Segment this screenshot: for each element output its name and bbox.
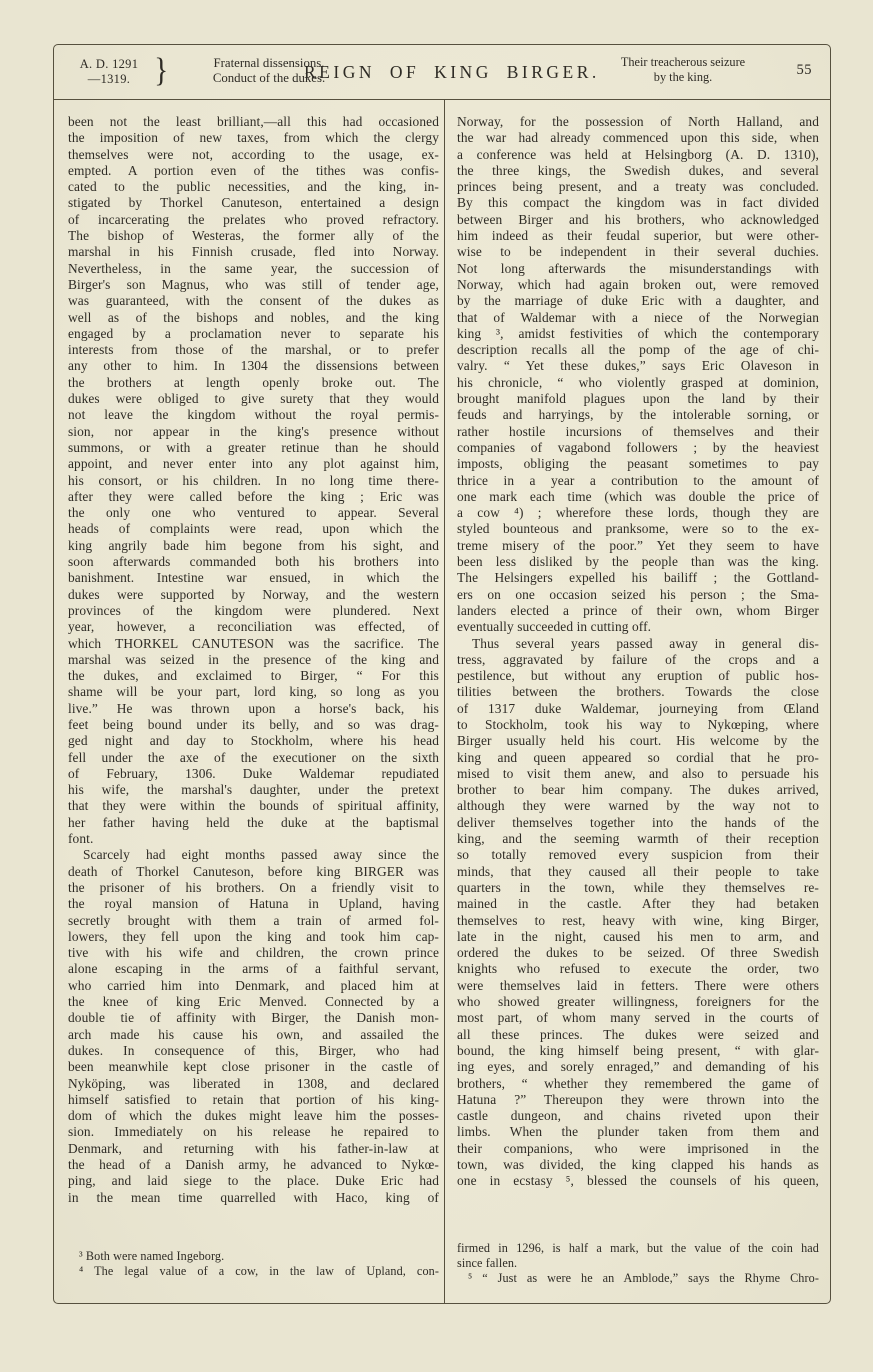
text-line: been less disliked by the people than wa… — [457, 554, 819, 570]
text-line: font. — [68, 831, 439, 847]
text-line: thrice in a year a contribution to the a… — [457, 473, 819, 489]
text-line: so totally removed every suspicion from … — [457, 847, 819, 863]
text-line: his chronicle, “ who violently grasped a… — [457, 375, 819, 391]
column-right-footnotes: firmed in 1296, is half a mark, but the … — [457, 1241, 819, 1286]
text-line: king and queen appeared so cordial that … — [457, 750, 819, 766]
text-line: of February, 1306. Duke Waldemar repudia… — [68, 766, 439, 782]
text-line: dukes. In consequence of this, Birger, w… — [68, 1043, 439, 1059]
text-line: tress, aggravated by failure of the crop… — [457, 652, 819, 668]
text-line: marshal was seized in the presence of th… — [68, 652, 439, 668]
page-body: been not the least brilliant,—all this h… — [54, 99, 830, 1303]
text-line: Nevertheless, in the same year, the succ… — [68, 261, 439, 277]
text-line: of 1317 duke Waldemar, journeying from Œ… — [457, 701, 819, 717]
text-line: The bishop of Westeras, the former ally … — [68, 228, 439, 244]
text-line: year, however, a reconciliation was effe… — [68, 619, 439, 635]
text-line: been meanwhile kept close prisoner in th… — [68, 1059, 439, 1075]
page-title: REIGN OF KING BIRGER. — [304, 62, 580, 83]
text-line: pestilence, but without any eruption of … — [457, 668, 819, 684]
text-line: the head of a Danish army, he advanced t… — [68, 1157, 439, 1173]
text-line: dom of which the dukes might leave him t… — [68, 1108, 439, 1124]
text-line: the brothers at length openly broke out.… — [68, 375, 439, 391]
text-line: of incarcerating the prelates who proved… — [68, 212, 439, 228]
text-line: ers on one occasion seized his person ; … — [457, 587, 819, 603]
text-line: the only one who ventured to appear. Sev… — [68, 505, 439, 521]
text-line: themselves to rest, heavy with wine, kin… — [457, 913, 819, 929]
text-line: brothers, “ whether they remembered the … — [457, 1076, 819, 1092]
text-line: Thus several years passed away in genera… — [457, 636, 819, 652]
text-line: who showed greater willingness, foreigne… — [457, 994, 819, 1010]
text-line: heads of complaints were read, upon whic… — [68, 521, 439, 537]
text-line: firmed in 1296, is half a mark, but the … — [457, 1241, 819, 1256]
text-column-right: Norway, for the possession of North Hall… — [457, 114, 819, 1286]
text-line: his consort, or his children. In no long… — [68, 473, 439, 489]
text-line: ping, and laid siege to the place. Duke … — [68, 1173, 439, 1189]
running-title-right-line2: by the king. — [598, 70, 768, 85]
text-line: Not long afterwards the misunderstanding… — [457, 261, 819, 277]
text-line: king ³, amidst festivities of which the … — [457, 326, 819, 342]
text-line: sion. Immediately on his release he repa… — [68, 1124, 439, 1140]
date-brace-glyph: } — [154, 52, 168, 90]
marginal-date-line1: A. D. 1291 — [66, 57, 152, 72]
text-line: most part, of whom many served in the co… — [457, 1010, 819, 1026]
text-line: double tie of affinity with Birger, the … — [68, 1010, 439, 1026]
text-line: imposts, obliging the peasant sometimes … — [457, 456, 819, 472]
text-line: Nyköping, was liberated in 1308, and dec… — [68, 1076, 439, 1092]
text-line: styled bounteous and pranksome, were so … — [457, 521, 819, 537]
text-line: the knee of king Eric Menved. Connected … — [68, 994, 439, 1010]
text-line: shame will be your part, lord king, so l… — [68, 684, 439, 700]
text-line: By this compact the kingdom was in fact … — [457, 195, 819, 211]
text-line: since fallen. — [457, 1256, 819, 1271]
text-line: one in ecstasy ⁵, blessed the counsels o… — [457, 1173, 819, 1189]
text-line: mained in the castle. After they had bet… — [457, 896, 819, 912]
text-line: was guaranteed, with the consent of the … — [68, 293, 439, 309]
text-line: feet being bound under its belly, and so… — [68, 717, 439, 733]
text-line: a conference was held at Helsingborg (A.… — [457, 147, 819, 163]
printed-page-frame: A. D. 1291 —1319. } Fraternal dissension… — [53, 44, 831, 1304]
text-line: not leave the kingdom without the royal … — [68, 407, 439, 423]
text-line: castle dungeon, and chains riveted upon … — [457, 1108, 819, 1124]
page-number: 55 — [797, 62, 813, 79]
text-line: engaged by a proclamation never to separ… — [68, 326, 439, 342]
text-line: wise to be independent in their several … — [457, 244, 819, 260]
text-line: ⁵ “ Just as were he an Amblode,” says th… — [457, 1271, 819, 1286]
text-line: all these princes. The dukes were seized… — [457, 1027, 819, 1043]
text-line: alone escaping in the arms of a faithful… — [68, 961, 439, 977]
text-line: Denmark, and returning with his father-i… — [68, 1141, 439, 1157]
text-line: the prisoner of his brothers. On a frien… — [68, 880, 439, 896]
text-line: who carried him into Denmark, and placed… — [68, 978, 439, 994]
text-line: dukes were supported by Norway, and the … — [68, 587, 439, 603]
text-line: ing eyes, and sorely enraged,” and deman… — [457, 1059, 819, 1075]
text-line: the war had already commenced upon this … — [457, 130, 819, 146]
text-line: any other to him. In 1304 the dissension… — [68, 358, 439, 374]
column-left-footnotes: ³ Both were named Ingeborg.⁴ The legal v… — [68, 1249, 439, 1279]
text-line: quarters in the town, while they themsel… — [457, 880, 819, 896]
text-line: limbs. When the plunder taken from them … — [457, 1124, 819, 1140]
text-line: death of Thorkel Canuteson, before king … — [68, 864, 439, 880]
text-line: to Stockholm, took his way to Nykœping, … — [457, 717, 819, 733]
text-line: that of Waldemar with a niece of the Nor… — [457, 310, 819, 326]
text-line: a cow ⁴) ; wherefore these lords, though… — [457, 505, 819, 521]
text-line: soon afterwards commanded both his broth… — [68, 554, 439, 570]
text-line: The Helsingers expelled his bailiff ; th… — [457, 570, 819, 586]
text-line: Norway, which had again broken out, were… — [457, 277, 819, 293]
text-line: Hatuna ?” Thereupon they were thrown int… — [457, 1092, 819, 1108]
text-line: stigated by Thorkel Canuteson, entertain… — [68, 195, 439, 211]
text-line: rather hostile incursions of themselves … — [457, 424, 819, 440]
text-line: king angrily bade him begone from his si… — [68, 538, 439, 554]
text-line: knights who refused to execute the order… — [457, 961, 819, 977]
text-line: description recalls all the pomp of the … — [457, 342, 819, 358]
running-title-right: Their treacherous seizure by the king. — [598, 55, 768, 84]
text-line: cated to the public necessities, and the… — [68, 179, 439, 195]
text-line: brother to bear him company. The dukes a… — [457, 782, 819, 798]
text-line: which THORKEL CANUTESON was the sacrific… — [68, 636, 439, 652]
text-line: interests from those of the marshal, or … — [68, 342, 439, 358]
text-line: been not the least brilliant,—all this h… — [68, 114, 439, 130]
text-line: their companions, who were imprisoned in… — [457, 1141, 819, 1157]
text-line: her father having held the duke at the b… — [68, 815, 439, 831]
text-line: minds, that they caused all their people… — [457, 864, 819, 880]
column-right-body-text: Norway, for the possession of North Hall… — [457, 114, 819, 1190]
text-line: the three kings, the Swedish dukes, and … — [457, 163, 819, 179]
text-line: lowers, they fell upon the king and took… — [68, 929, 439, 945]
text-line: valry. “ Yet these dukes,” says Eric Ola… — [457, 358, 819, 374]
text-line: well as of the bishops and nobles, and t… — [68, 310, 439, 326]
text-line: Scarcely had eight months passed away si… — [68, 847, 439, 863]
marginal-date: A. D. 1291 —1319. — [66, 57, 152, 86]
column-left-body-text: been not the least brilliant,—all this h… — [68, 114, 439, 1206]
text-line: him indeed as their feudal superior, but… — [457, 228, 819, 244]
text-line: marshal in his Finnish crusade, fled int… — [68, 244, 439, 260]
text-line: between Birger and his brothers, who ack… — [457, 212, 819, 228]
running-title-right-line1: Their treacherous seizure — [598, 55, 768, 70]
text-line: treme misery of the poor.” Yet they seem… — [457, 538, 819, 554]
text-line: banishment. Intestine war ensued, in whi… — [68, 570, 439, 586]
text-line: tilities between the brothers. Towards t… — [457, 684, 819, 700]
text-line: the dukes, and exclaimed to Birger, “ Fo… — [68, 668, 439, 684]
text-line: deliver themselves together into the han… — [457, 815, 819, 831]
text-line: appoint, and never enter into any plot a… — [68, 456, 439, 472]
text-line: although they were warned by the way not… — [457, 798, 819, 814]
text-line: town, was divided, the king clapped his … — [457, 1157, 819, 1173]
text-line: live.” He was thrown upon a horse's back… — [68, 701, 439, 717]
text-line: Birger usually held his court. His welco… — [457, 733, 819, 749]
text-line: sion, nor appear in the king's presence … — [68, 424, 439, 440]
text-line: tive with his wife and children, the cro… — [68, 945, 439, 961]
text-line: the imposition of new taxes, from which … — [68, 130, 439, 146]
text-line: one mark each time (which was double the… — [457, 489, 819, 505]
text-line: secretly brought with them a train of ar… — [68, 913, 439, 929]
text-column-left: been not the least brilliant,—all this h… — [68, 114, 439, 1279]
marginal-date-line2: —1319. — [66, 72, 152, 87]
text-line: arch made his cause his own, and assaile… — [68, 1027, 439, 1043]
column-divider-rule — [444, 99, 445, 1303]
text-line: his wife, the marshal's daughter, under … — [68, 782, 439, 798]
text-line: by the marriage of duke Eric with a daug… — [457, 293, 819, 309]
scanned-book-page: { "header": { "date_line1": "A. D. 1291"… — [0, 0, 873, 1372]
text-line: fell under the axe of the executioner on… — [68, 750, 439, 766]
text-line: provinces of the kingdom were plundered.… — [68, 603, 439, 619]
text-line: landers elected a prince of their own, w… — [457, 603, 819, 619]
text-line: late in the night, caused his men to arm… — [457, 929, 819, 945]
text-line: ⁴ The legal value of a cow, in the law o… — [68, 1264, 439, 1279]
text-line: after they were called before the king ;… — [68, 489, 439, 505]
text-line: empted. A portion even of the tithes was… — [68, 163, 439, 179]
text-line: Norway, for the possession of North Hall… — [457, 114, 819, 130]
text-line: ³ Both were named Ingeborg. — [68, 1249, 439, 1264]
text-line: princes being present, and a treaty was … — [457, 179, 819, 195]
text-line: were themselves laid in fetters. There w… — [457, 978, 819, 994]
text-line: brought manifold plagues upon the land b… — [457, 391, 819, 407]
page-header: A. D. 1291 —1319. } Fraternal dissension… — [54, 45, 830, 100]
text-line: the royal mansion of Hatuna in Upland, h… — [68, 896, 439, 912]
text-line: feuds and harryings, by the intolerable … — [457, 407, 819, 423]
text-line: summons, or with a greater retinue than … — [68, 440, 439, 456]
text-line: bound, the king himself being present, “… — [457, 1043, 819, 1059]
text-line: dukes were obliged to give surety that t… — [68, 391, 439, 407]
text-line: Birger's son Magnus, who was still of te… — [68, 277, 439, 293]
text-line: ordered the dukes to be seized. Of three… — [457, 945, 819, 961]
text-line: themselves were not, according to the us… — [68, 147, 439, 163]
text-line: that they were within the bounds of spir… — [68, 798, 439, 814]
text-line: eventually succeeded in cutting off. — [457, 619, 819, 635]
text-line: ged night and day to Stockholm, where hi… — [68, 733, 439, 749]
text-line: himself satisfied to retain that portion… — [68, 1092, 439, 1108]
text-line: in the mean time quarrelled with Haco, k… — [68, 1190, 439, 1206]
text-line: companies of vagabond followers ; by the… — [457, 440, 819, 456]
text-line: king, and the seeming warmth of their re… — [457, 831, 819, 847]
text-line: mised to visit them anew, and also to pe… — [457, 766, 819, 782]
